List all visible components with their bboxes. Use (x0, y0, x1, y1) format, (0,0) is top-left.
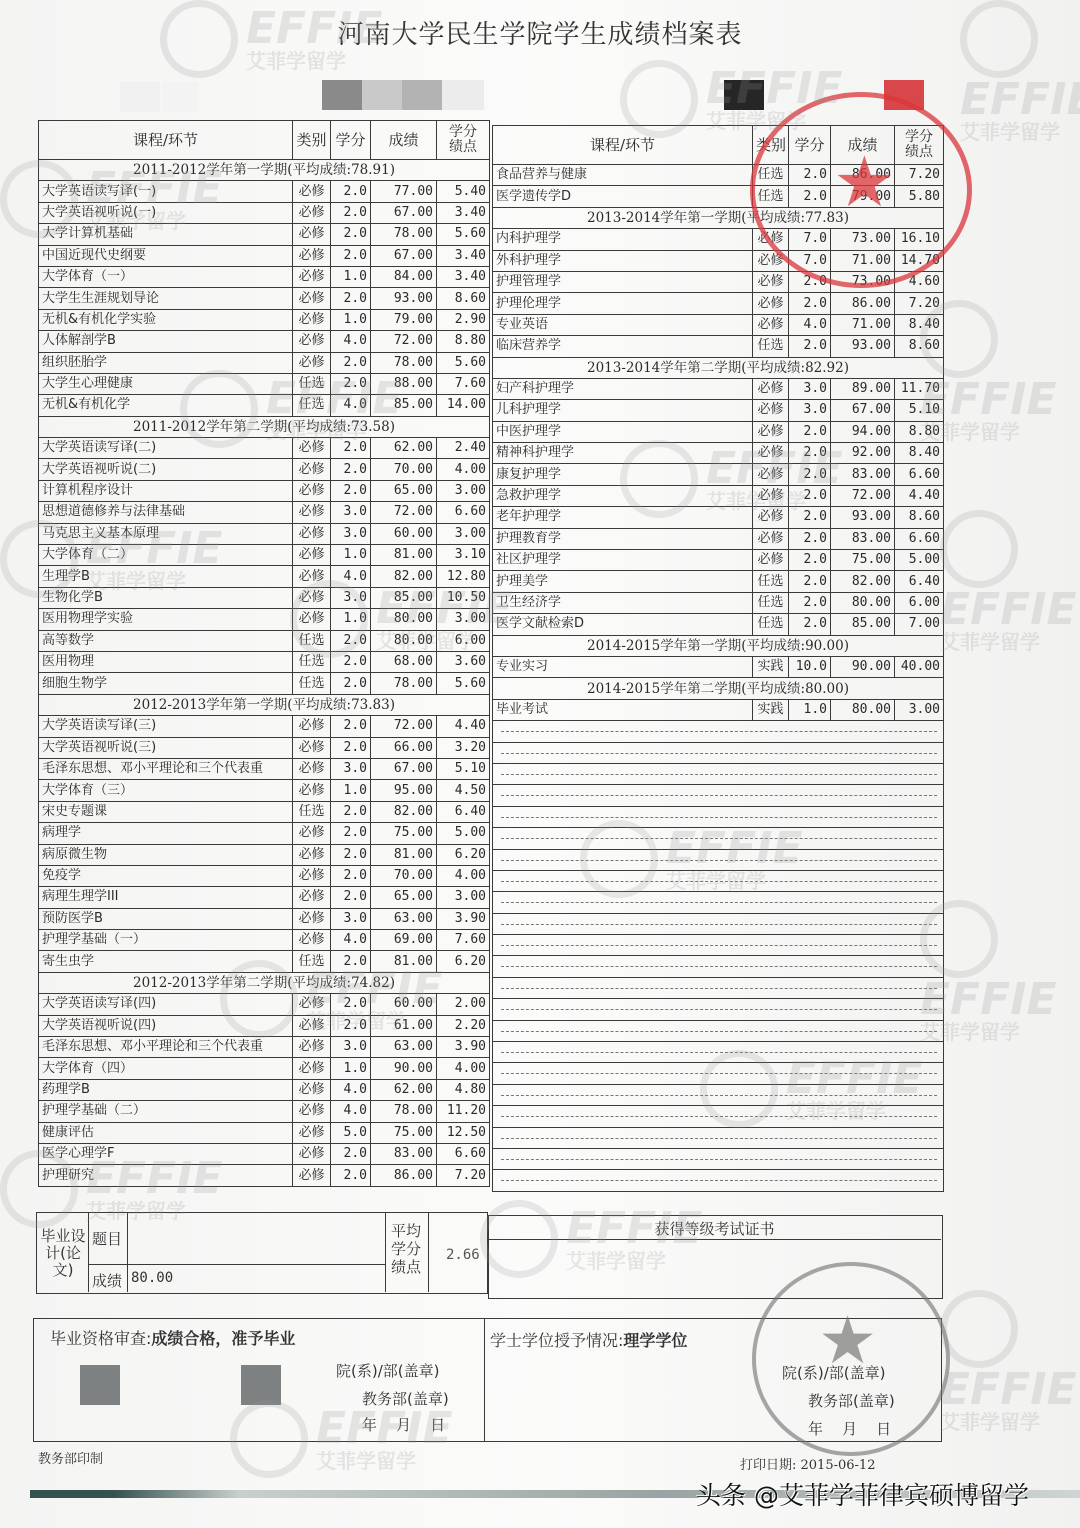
course-name: 卫生经济学 (493, 592, 753, 613)
redacted-block (163, 82, 198, 112)
course-credits: 2.0 (789, 507, 831, 528)
table-row: 医学遗传学D任选2.079.005.80 (493, 186, 944, 207)
column-header-course: 课程/环节 (493, 126, 753, 165)
course-credits: 5.0 (331, 1122, 371, 1143)
semester-label: 2013-2014学年第二学期(平均成绩:82.92) (493, 357, 944, 378)
redacted-signature (241, 1365, 281, 1405)
course-credits: 2.0 (331, 994, 371, 1015)
degree-office-seal: 教务部(盖章) (808, 1390, 895, 1411)
empty-row (493, 1148, 944, 1169)
table-row: 高等数学任选2.080.006.00 (39, 630, 490, 651)
course-score: 78.00 (371, 352, 437, 373)
course-name: 大学英语视听说(四) (39, 1015, 293, 1036)
semester-label: 2012-2013学年第二学期(平均成绩:74.82) (39, 972, 490, 993)
course-credits: 2.0 (331, 480, 371, 501)
course-category: 必修 (293, 823, 331, 844)
course-category: 必修 (293, 523, 331, 544)
course-name: 护理学基础（一） (39, 930, 293, 951)
column-header-score: 成绩 (371, 121, 437, 160)
course-score: 60.00 (371, 523, 437, 544)
course-score: 72.00 (831, 485, 895, 506)
course-name: 思想道德修养与法律基础 (39, 502, 293, 523)
course-name: 毛泽东思想、邓小平理论和三个代表重 (39, 1037, 293, 1058)
course-grade-points: 3.10 (437, 545, 490, 566)
course-category: 必修 (293, 844, 331, 865)
course-credits: 3.0 (789, 378, 831, 399)
course-category: 必修 (293, 1058, 331, 1079)
course-name: 毛泽东思想、邓小平理论和三个代表重 (39, 758, 293, 779)
course-score: 93.00 (831, 336, 895, 357)
course-category: 必修 (293, 716, 331, 737)
empty-row-dashed-line (493, 1106, 944, 1127)
table-row: 卫生经济学任选2.080.006.00 (493, 592, 944, 613)
course-credits: 2.0 (789, 485, 831, 506)
table-row: 护理研究必修2.086.007.20 (39, 1165, 490, 1186)
course-credits: 4.0 (331, 1101, 371, 1122)
course-name: 专业英语 (493, 314, 753, 335)
redacted-signature (80, 1365, 120, 1405)
course-credits: 2.0 (789, 186, 831, 207)
course-credits: 2.0 (331, 459, 371, 480)
course-category: 任选 (753, 614, 789, 635)
empty-row (493, 785, 944, 806)
course-name: 无机&有机化学实验 (39, 309, 293, 330)
table-row: 宋史专题课任选2.082.006.40 (39, 801, 490, 822)
course-category: 任选 (753, 336, 789, 357)
course-credits: 1.0 (331, 266, 371, 287)
grades-table-right: 课程/环节 类别 学分 成绩 学分绩点 食品营养与健康任选2.086.007.2… (492, 125, 944, 1192)
course-category: 必修 (293, 1015, 331, 1036)
table-row: 生物化学B必修3.085.0010.50 (39, 587, 490, 608)
course-category: 任选 (753, 186, 789, 207)
empty-row-dashed-line (493, 1042, 944, 1063)
table-row: 大学英语读写译(三)必修2.072.004.40 (39, 716, 490, 737)
column-header-credits: 学分 (789, 126, 831, 165)
course-score: 83.00 (371, 1143, 437, 1164)
course-category: 必修 (293, 181, 331, 202)
course-grade-points: 2.90 (437, 309, 490, 330)
course-grade-points: 4.00 (437, 1058, 490, 1079)
empty-row (493, 721, 944, 742)
redacted-block (442, 80, 484, 110)
course-credits: 2.0 (331, 1015, 371, 1036)
semester-label: 2014-2015学年第一学期(平均成绩:90.00) (493, 635, 944, 656)
course-category: 任选 (293, 951, 331, 972)
course-score: 65.00 (371, 887, 437, 908)
course-category: 必修 (753, 485, 789, 506)
transcript-page: 河南大学民生学院学生成绩档案表 课程/环节 类别 学分 成绩 学分绩点 2011… (0, 0, 1080, 1528)
course-credits: 4.0 (331, 331, 371, 352)
course-grade-points: 8.80 (437, 331, 490, 352)
course-score: 68.00 (371, 651, 437, 672)
course-grade-points: 7.00 (895, 614, 944, 635)
table-row: 儿科护理学必修3.067.005.10 (493, 400, 944, 421)
course-score: 69.00 (371, 930, 437, 951)
course-name: 健康评估 (39, 1122, 293, 1143)
course-grade-points: 11.70 (895, 378, 944, 399)
degree-info: 学士学位授予情况:理学学位 (490, 1328, 687, 1351)
course-grade-points: 7.60 (437, 930, 490, 951)
course-score: 70.00 (371, 459, 437, 480)
course-category: 必修 (293, 609, 331, 630)
course-credits: 2.0 (331, 865, 371, 886)
table-row: 病理学必修2.075.005.00 (39, 823, 490, 844)
empty-row-dashed-line (493, 870, 944, 891)
course-grade-points: 3.00 (437, 480, 490, 501)
course-grade-points: 6.60 (437, 1143, 490, 1164)
course-grade-points: 4.00 (437, 459, 490, 480)
course-credits: 2.0 (331, 245, 371, 266)
empty-row (493, 935, 944, 956)
graduation-review-value: 成绩合格，准予毕业 (151, 1329, 295, 1348)
course-category: 必修 (293, 438, 331, 459)
course-grade-points: 5.60 (437, 224, 490, 245)
course-grade-points: 3.40 (437, 266, 490, 287)
course-credits: 2.0 (789, 336, 831, 357)
course-name: 细胞生物学 (39, 673, 293, 694)
course-grade-points: 3.90 (437, 1037, 490, 1058)
course-credits: 2.0 (331, 352, 371, 373)
semester-header-row: 2014-2015学年第一学期(平均成绩:90.00) (493, 635, 944, 656)
table-row: 马克思主义基本原理必修3.060.003.00 (39, 523, 490, 544)
effie-watermark-icon: EFFIE艾菲学留学 (940, 1290, 1080, 1432)
course-name: 马克思主义基本原理 (39, 523, 293, 544)
course-score: 81.00 (371, 951, 437, 972)
course-grade-points: 6.60 (437, 502, 490, 523)
course-score: 95.00 (371, 780, 437, 801)
empty-row (493, 1170, 944, 1191)
course-name: 康复护理学 (493, 464, 753, 485)
course-category: 必修 (293, 309, 331, 330)
course-category: 必修 (293, 459, 331, 480)
table-row: 护理教育学必修2.083.006.60 (493, 528, 944, 549)
course-category: 必修 (293, 1165, 331, 1186)
course-grade-points: 7.20 (437, 1165, 490, 1186)
course-credits: 2.0 (789, 165, 831, 186)
document-title: 河南大学民生学院学生成绩档案表 (0, 14, 1080, 51)
table-row: 大学英语读写译(四)必修2.060.002.00 (39, 994, 490, 1015)
course-name: 护理教育学 (493, 528, 753, 549)
table-row: 护理美学任选2.082.006.40 (493, 571, 944, 592)
course-credits: 1.0 (331, 609, 371, 630)
course-name: 外科护理学 (493, 250, 753, 271)
empty-row-dashed-line (493, 742, 944, 763)
table-row: 中医护理学必修2.094.008.80 (493, 421, 944, 442)
course-grade-points: 11.20 (437, 1101, 490, 1122)
course-score: 67.00 (371, 758, 437, 779)
course-credits: 2.0 (789, 592, 831, 613)
course-category: 任选 (293, 673, 331, 694)
course-category: 实践 (753, 699, 789, 720)
redacted-block (402, 80, 442, 110)
course-name: 病原微生物 (39, 844, 293, 865)
degree-date-line: 年 月 日 (808, 1418, 891, 1439)
empty-row (493, 977, 944, 998)
course-grade-points: 2.20 (437, 1015, 490, 1036)
empty-row-dashed-line (493, 956, 944, 977)
semester-header-row: 2013-2014学年第一学期(平均成绩:77.83) (493, 207, 944, 228)
course-name: 大学生心理健康 (39, 373, 293, 394)
course-category: 任选 (753, 571, 789, 592)
course-name: 护理学基础（二） (39, 1101, 293, 1122)
course-credits: 2.0 (789, 464, 831, 485)
course-score: 72.00 (371, 502, 437, 523)
course-score: 62.00 (371, 438, 437, 459)
table-row: 急救护理学必修2.072.004.40 (493, 485, 944, 506)
course-score: 75.00 (371, 1122, 437, 1143)
course-grade-points: 5.80 (895, 186, 944, 207)
course-grade-points: 7.60 (437, 373, 490, 394)
course-name: 大学英语读写译(二) (39, 438, 293, 459)
empty-row (493, 763, 944, 784)
course-score: 80.00 (371, 609, 437, 630)
course-score: 79.00 (371, 309, 437, 330)
course-category: 必修 (293, 1143, 331, 1164)
course-grade-points: 4.40 (895, 485, 944, 506)
course-credits: 2.0 (331, 823, 371, 844)
course-score: 60.00 (371, 994, 437, 1015)
course-grade-points: 16.10 (895, 229, 944, 250)
course-credits: 1.0 (331, 1058, 371, 1079)
empty-row (493, 892, 944, 913)
column-header-grade-points: 学分绩点 (895, 126, 944, 165)
semester-label: 2012-2013学年第一学期(平均成绩:73.83) (39, 694, 490, 715)
course-grade-points: 14.00 (437, 395, 490, 416)
table-row: 医学文献检索D任选2.085.007.00 (493, 614, 944, 635)
table-row: 生理学B必修4.082.0012.80 (39, 566, 490, 587)
table-row: 专业实习实践10.090.0040.00 (493, 656, 944, 677)
table-row: 临床营养学任选2.093.008.60 (493, 336, 944, 357)
course-name: 大学体育（二） (39, 545, 293, 566)
course-credits: 2.0 (789, 571, 831, 592)
course-grade-points: 8.40 (895, 314, 944, 335)
table-row: 护理学基础（一）必修4.069.007.60 (39, 930, 490, 951)
course-score: 83.00 (831, 464, 895, 485)
course-credits: 2.0 (331, 438, 371, 459)
course-name: 高等数学 (39, 630, 293, 651)
course-category: 必修 (753, 507, 789, 528)
course-name: 老年护理学 (493, 507, 753, 528)
course-credits: 2.0 (789, 293, 831, 314)
graduation-review-label: 毕业资格审查: (50, 1329, 151, 1348)
course-category: 必修 (293, 1101, 331, 1122)
course-credits: 1.0 (789, 699, 831, 720)
table-row: 计算机程序设计必修2.065.003.00 (39, 480, 490, 501)
semester-header-row: 2013-2014学年第二学期(平均成绩:82.92) (493, 357, 944, 378)
course-category: 必修 (293, 202, 331, 223)
table-row: 大学英语视听说(四)必修2.061.002.20 (39, 1015, 490, 1036)
gpa-label: 平均学分绩点 (391, 1222, 425, 1276)
course-grade-points: 5.40 (437, 181, 490, 202)
table-row: 精神科护理学必修2.092.008.40 (493, 443, 944, 464)
course-score: 71.00 (831, 314, 895, 335)
empty-row-dashed-line (493, 763, 944, 784)
course-score: 72.00 (371, 331, 437, 352)
course-credits: 7.0 (789, 229, 831, 250)
course-category: 必修 (293, 566, 331, 587)
course-credits: 2.0 (331, 202, 371, 223)
course-grade-points: 3.20 (437, 737, 490, 758)
course-category: 必修 (293, 331, 331, 352)
course-name: 生物化学B (39, 587, 293, 608)
course-score: 67.00 (831, 400, 895, 421)
course-category: 必修 (753, 528, 789, 549)
grade-points-header-text: 学分绩点 (904, 130, 934, 160)
course-score: 92.00 (831, 443, 895, 464)
course-grade-points: 5.60 (437, 673, 490, 694)
table-row: 大学体育（四）必修1.090.004.00 (39, 1058, 490, 1079)
empty-row (493, 849, 944, 870)
table-row: 老年护理学必修2.093.008.60 (493, 507, 944, 528)
course-score: 63.00 (371, 908, 437, 929)
course-score: 81.00 (371, 844, 437, 865)
semester-header-row: 2012-2013学年第二学期(平均成绩:74.82) (39, 972, 490, 993)
course-score: 82.00 (831, 571, 895, 592)
effie-watermark-icon: EFFIE艾菲学留学 (940, 510, 1080, 652)
column-header-score: 成绩 (831, 126, 895, 165)
course-grade-points: 3.00 (437, 523, 490, 544)
course-credits: 3.0 (331, 587, 371, 608)
course-score: 90.00 (831, 656, 895, 677)
course-category: 必修 (753, 421, 789, 442)
course-credits: 2.0 (331, 716, 371, 737)
course-category: 必修 (293, 865, 331, 886)
course-grade-points: 6.40 (895, 571, 944, 592)
table-row: 护理伦理学必修2.086.007.20 (493, 293, 944, 314)
course-category: 必修 (293, 587, 331, 608)
semester-label: 2014-2015学年第二学期(平均成绩:80.00) (493, 678, 944, 699)
table-row: 免疫学必修2.070.004.00 (39, 865, 490, 886)
course-credits: 1.0 (331, 780, 371, 801)
course-score: 80.00 (831, 592, 895, 613)
table-row: 食品营养与健康任选2.086.007.20 (493, 165, 944, 186)
course-name: 宋史专题课 (39, 801, 293, 822)
semester-header-row: 2011-2012学年第二学期(平均成绩:73.58) (39, 416, 490, 437)
course-name: 儿科护理学 (493, 400, 753, 421)
course-score: 90.00 (371, 1058, 437, 1079)
empty-row-dashed-line (493, 806, 944, 827)
course-grade-points: 3.40 (437, 202, 490, 223)
course-category: 必修 (753, 293, 789, 314)
course-score: 73.00 (831, 229, 895, 250)
course-category: 必修 (293, 994, 331, 1015)
course-score: 85.00 (831, 614, 895, 635)
semester-header-row: 2012-2013学年第一学期(平均成绩:73.83) (39, 694, 490, 715)
course-grade-points: 3.40 (437, 245, 490, 266)
course-name: 医学遗传学D (493, 186, 753, 207)
empty-row-dashed-line (493, 1170, 944, 1191)
course-score: 82.00 (371, 566, 437, 587)
course-grade-points: 3.00 (437, 609, 490, 630)
course-grade-points: 4.60 (895, 271, 944, 292)
course-name: 专业实习 (493, 656, 753, 677)
course-category: 必修 (753, 250, 789, 271)
course-credits: 4.0 (331, 566, 371, 587)
course-grade-points: 8.80 (895, 421, 944, 442)
gpa-value: 2.66 (446, 1247, 480, 1263)
course-grade-points: 4.00 (437, 865, 490, 886)
course-score: 62.00 (371, 1079, 437, 1100)
course-score: 83.00 (831, 528, 895, 549)
empty-row-dashed-line (493, 935, 944, 956)
course-score: 82.00 (371, 801, 437, 822)
course-score: 78.00 (371, 1101, 437, 1122)
course-credits: 3.0 (331, 523, 371, 544)
course-credits: 2.0 (331, 373, 371, 394)
course-credits: 2.0 (331, 288, 371, 309)
course-credits: 2.0 (331, 1143, 371, 1164)
course-name: 护理研究 (39, 1165, 293, 1186)
course-category: 任选 (293, 395, 331, 416)
course-grade-points: 3.90 (437, 908, 490, 929)
graduation-office-seal: 教务部(盖章) (362, 1388, 449, 1409)
course-score: 66.00 (371, 737, 437, 758)
table-row: 大学生心理健康任选2.088.007.60 (39, 373, 490, 394)
empty-row (493, 1042, 944, 1063)
table-row: 预防医学B必修3.063.003.90 (39, 908, 490, 929)
column-header-credits: 学分 (331, 121, 371, 160)
table-row: 人体解剖学B必修4.072.008.80 (39, 331, 490, 352)
semester-label: 2011-2012学年第二学期(平均成绩:73.58) (39, 416, 490, 437)
course-credits: 2.0 (331, 801, 371, 822)
course-credits: 2.0 (789, 550, 831, 571)
course-category: 必修 (293, 758, 331, 779)
course-name: 大学体育（三） (39, 780, 293, 801)
grades-table-left: 课程/环节 类别 学分 成绩 学分绩点 2011-2012学年第一学期(平均成绩… (38, 120, 490, 1187)
empty-row (493, 806, 944, 827)
thesis-score-label: 成绩 (92, 1270, 122, 1291)
course-category: 必修 (293, 224, 331, 245)
redacted-block (362, 80, 402, 110)
course-name: 中国近现代史纲要 (39, 245, 293, 266)
table-row: 病理生理学III必修2.065.003.00 (39, 887, 490, 908)
course-category: 必修 (293, 737, 331, 758)
course-grade-points: 6.00 (895, 592, 944, 613)
course-category: 任选 (293, 630, 331, 651)
course-name: 食品营养与健康 (493, 165, 753, 186)
table-row: 组织胚胎学必修2.078.005.60 (39, 352, 490, 373)
semester-label: 2013-2014学年第一学期(平均成绩:77.83) (493, 207, 944, 228)
course-name: 医学文献检索D (493, 614, 753, 635)
course-name: 精神科护理学 (493, 443, 753, 464)
course-name: 大学体育（一） (39, 266, 293, 287)
empty-row (493, 870, 944, 891)
course-grade-points: 12.80 (437, 566, 490, 587)
course-credits: 3.0 (331, 758, 371, 779)
redacted-block (884, 80, 924, 110)
course-name: 寄生虫学 (39, 951, 293, 972)
course-name: 内科护理学 (493, 229, 753, 250)
course-name: 毕业考试 (493, 699, 753, 720)
course-credits: 2.0 (331, 651, 371, 672)
table-row: 毕业考试实践1.080.003.00 (493, 699, 944, 720)
course-category: 必修 (293, 266, 331, 287)
column-header-course: 课程/环节 (39, 121, 293, 160)
course-grade-points: 10.50 (437, 587, 490, 608)
table-row: 护理学基础（二）必修4.078.0011.20 (39, 1101, 490, 1122)
course-grade-points: 7.20 (895, 165, 944, 186)
course-category: 必修 (293, 480, 331, 501)
empty-row (493, 1063, 944, 1084)
course-grade-points: 4.40 (437, 716, 490, 737)
empty-row-dashed-line (493, 1148, 944, 1169)
course-grade-points: 3.60 (437, 651, 490, 672)
course-score: 89.00 (831, 378, 895, 399)
table-row: 毛泽东思想、邓小平理论和三个代表重必修3.067.005.10 (39, 758, 490, 779)
empty-row-dashed-line (493, 1127, 944, 1148)
course-score: 78.00 (371, 673, 437, 694)
table-row: 药理学B必修4.062.004.80 (39, 1079, 490, 1100)
